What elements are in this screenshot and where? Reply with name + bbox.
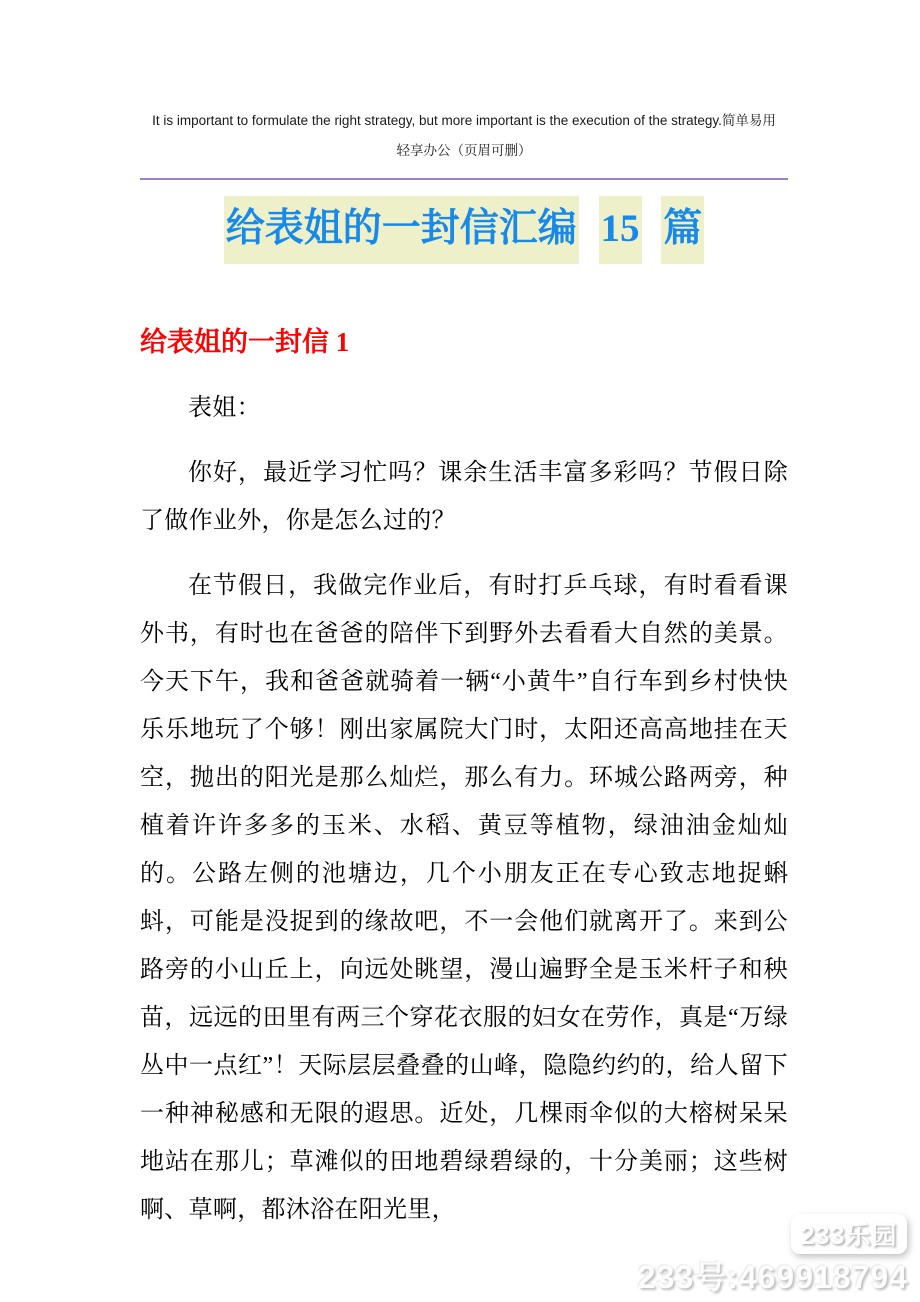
paragraph-salutation: 表姐：: [140, 384, 788, 432]
paragraph-body: 在节假日，我做完作业后，有时打乒乓球，有时看看课外书，有时也在爸爸的陪伴下到野外…: [140, 562, 788, 1234]
document-title: 给表姐的一封信汇编 15 篇: [140, 196, 788, 264]
watermark-id-text: 233号:469918794: [638, 1252, 908, 1298]
letter-body: 表姐： 你好，最近学习忙吗？课余生活丰富多彩吗？节假日除了做作业外，你是怎么过的…: [140, 384, 788, 1234]
document-title-segment: 15: [599, 196, 642, 264]
document-page: It is important to formulate the right s…: [140, 0, 788, 1251]
paragraph-greeting: 你好，最近学习忙吗？课余生活丰富多彩吗？节假日除了做作业外，你是怎么过的？: [140, 449, 788, 545]
page-header-text: It is important to formulate the right s…: [140, 106, 788, 166]
document-title-segment: 篇: [661, 196, 704, 264]
watermark-logo: 233乐园: [791, 1214, 907, 1254]
document-title-segment: 给表姐的一封信汇编: [224, 196, 579, 264]
header-divider-line: [140, 178, 788, 180]
section-heading: 给表姐的一封信 1: [140, 320, 788, 364]
